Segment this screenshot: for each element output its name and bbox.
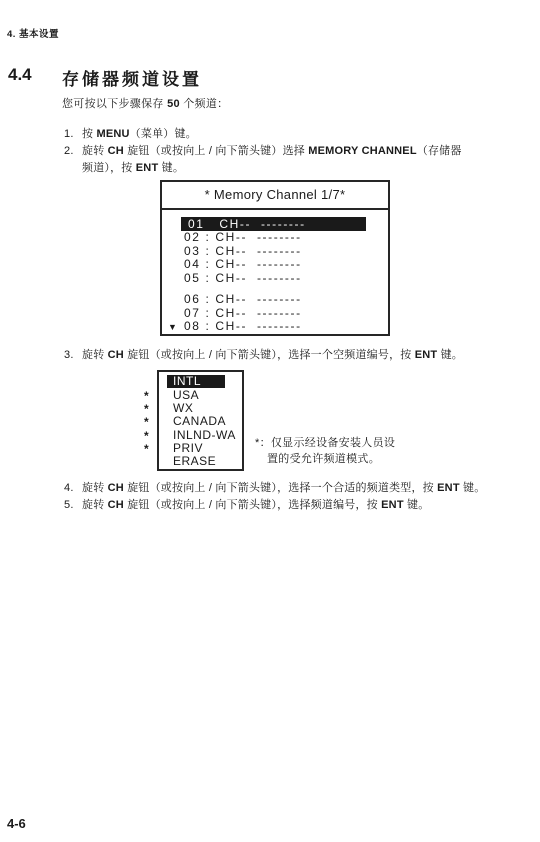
channel-type-row: ERASE [159, 455, 242, 468]
step-line: 1.按 MENU（菜单）键。 [64, 126, 538, 143]
step-text: 旋钮（或按向上 / 向下箭头键），选择频道编号，按 [124, 499, 381, 511]
step-line: 频道），按 ENT 键。 [64, 160, 538, 177]
key-name: CH [108, 499, 124, 511]
key-name: ENT [415, 349, 438, 361]
intro-prefix: 您可按以下步骤保存 [62, 98, 167, 110]
section-number: 4.4 [8, 65, 32, 85]
down-arrow-icon: ▼ [168, 321, 177, 335]
asterisk-marker: * [144, 443, 149, 456]
intro-suffix: 个频道： [180, 98, 229, 110]
manual-page: 4. 基本设置 4.4 存储器频道设置 您可按以下步骤保存 50 个频道： 1.… [0, 0, 540, 842]
channel-type-row: *USA [159, 389, 242, 402]
step-text: 旋转 [82, 145, 108, 157]
section-title: 存储器频道设置 [62, 65, 202, 90]
memory-channel-row: ▼08 : CH-- -------- [162, 320, 388, 334]
memory-channel-row-label: 07 : CH-- -------- [184, 306, 302, 320]
memory-channel-row: 01 CH-- -------- [162, 217, 388, 231]
key-name: CH [108, 482, 124, 494]
step-text: （菜单）键。 [130, 128, 197, 140]
step-number: 2. [64, 143, 74, 160]
key-name: ENT [136, 162, 159, 174]
key-name: CH [108, 349, 124, 361]
asterisk-marker: * [144, 390, 149, 403]
channel-type-row: *WX [159, 402, 242, 415]
memory-channel-row: 07 : CH-- -------- [162, 307, 388, 321]
memory-channel-row-label: 04 : CH-- -------- [184, 257, 302, 271]
channel-type-label: ERASE [173, 454, 216, 468]
step-text: 旋钮（或按向上 / 向下箭头键），选择一个合适的频道类型，按 [124, 482, 437, 494]
channel-type-label: WX [173, 401, 193, 415]
intro-text: 您可按以下步骤保存 50 个频道： [62, 95, 228, 111]
channel-type-row: INTL [159, 375, 242, 389]
step-number: 4. [64, 480, 74, 497]
channel-type-label: PRIV [173, 441, 203, 455]
step-text: 旋钮（或按向上 / 向下箭头键）选择 [124, 145, 308, 157]
page-number: 4-6 [7, 816, 26, 831]
channel-type-list: INTL*USA*WX*CANADA*INLND-WA*PRIVERASE [159, 375, 242, 469]
step-3: 3.旋转 CH 旋钮（或按向上 / 向下箭头键），选择一个空频道编号，按 ENT… [64, 347, 538, 364]
steps-1-2: 1.按 MENU（菜单）键。2.旋转 CH 旋钮（或按向上 / 向下箭头键）选择… [64, 126, 538, 177]
step-text: 按 [82, 128, 96, 140]
step-text: 旋转 [82, 482, 108, 494]
channel-type-selected-label: INTL [167, 375, 225, 388]
asterisk-note-line1: *：仅显示经设备安装人员设 [255, 436, 395, 452]
step-text: 频道），按 [82, 162, 136, 174]
memory-channel-row: 05 : CH-- -------- [162, 272, 388, 286]
step-line: 5.旋转 CH 旋钮（或按向上 / 向下箭头键），选择频道编号，按 ENT 键。 [64, 497, 538, 514]
step-line: 4.旋转 CH 旋钮（或按向上 / 向下箭头键），选择一个合适的频道类型，按 E… [64, 480, 538, 497]
memory-channel-row-label: 08 : CH-- -------- [184, 319, 302, 333]
step-text: 旋钮（或按向上 / 向下箭头键），选择一个空频道编号，按 [124, 349, 415, 361]
step-text: 键。 [460, 482, 486, 494]
step-number: 5. [64, 497, 74, 514]
memory-channel-list: 01 CH-- --------02 : CH-- --------03 : C… [162, 210, 388, 334]
step-line: 2.旋转 CH 旋钮（或按向上 / 向下箭头键）选择 MEMORY CHANNE… [64, 143, 538, 160]
intro-count: 50 [167, 98, 180, 110]
step-text: 旋转 [82, 349, 108, 361]
step-text: 键。 [158, 162, 184, 174]
page-header: 4. 基本设置 [7, 26, 59, 40]
channel-type-label: USA [173, 388, 199, 402]
memory-channel-row: 03 : CH-- -------- [162, 245, 388, 259]
channel-type-row: *INLND-WA [159, 429, 242, 442]
asterisk-marker: * [144, 403, 149, 416]
memory-channel-row: 06 : CH-- -------- [162, 293, 388, 307]
step-number: 1. [64, 126, 74, 143]
asterisk-note: *：仅显示经设备安装人员设 置的受允许频道模式。 [255, 436, 395, 467]
key-name: ENT [381, 499, 404, 511]
asterisk-marker: * [144, 416, 149, 429]
step-text: 旋转 [82, 499, 108, 511]
step-number: 3. [64, 347, 74, 364]
channel-type-row: *CANADA [159, 415, 242, 428]
key-name: MENU [96, 128, 129, 140]
memory-channel-row: 04 : CH-- -------- [162, 258, 388, 272]
memory-channel-row-label: 06 : CH-- -------- [184, 292, 302, 306]
step-line: 3.旋转 CH 旋钮（或按向上 / 向下箭头键），选择一个空频道编号，按 ENT… [64, 347, 538, 364]
asterisk-note-line2: 置的受允许频道模式。 [255, 452, 395, 468]
memory-screen-title: * Memory Channel 1/7* [162, 182, 388, 210]
key-name: ENT [437, 482, 460, 494]
channel-type-row: *PRIV [159, 442, 242, 455]
asterisk-marker: * [144, 430, 149, 443]
step-text: 键。 [404, 499, 430, 511]
step-text: （存储器 [417, 145, 462, 157]
memory-channel-row-label: 02 : CH-- -------- [184, 230, 302, 244]
memory-channel-row-label: 05 : CH-- -------- [184, 271, 302, 285]
step-text: 键。 [437, 349, 463, 361]
memory-channel-row-label: 03 : CH-- -------- [184, 244, 302, 258]
channel-type-label: INLND-WA [173, 428, 236, 442]
channel-type-label: CANADA [173, 414, 226, 428]
steps-4-5: 4.旋转 CH 旋钮（或按向上 / 向下箭头键），选择一个合适的频道类型，按 E… [64, 480, 538, 514]
channel-type-screen: INTL*USA*WX*CANADA*INLND-WA*PRIVERASE [157, 370, 244, 471]
memory-channel-row-selected-label: 01 CH-- -------- [181, 217, 366, 231]
memory-channel-row: 02 : CH-- -------- [162, 231, 388, 245]
memory-channel-screen: * Memory Channel 1/7* 01 CH-- --------02… [160, 180, 390, 336]
key-name: CH [108, 145, 124, 157]
key-name: MEMORY CHANNEL [308, 145, 417, 157]
